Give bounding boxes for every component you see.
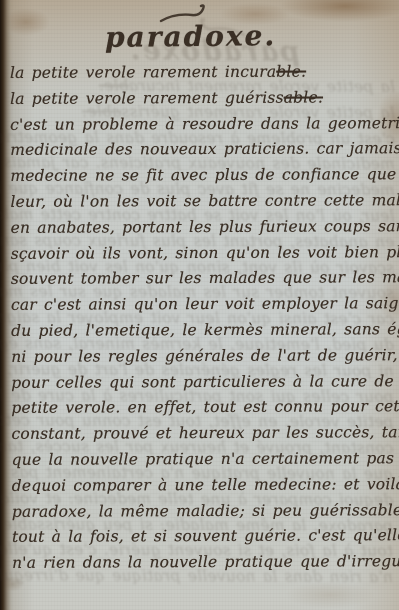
manuscript-line: pour celles qui sont particulieres à la … (11, 369, 394, 396)
manuscript-line: car c'est ainsi qu'on leur voit employer… (11, 291, 394, 318)
manuscript-line: souvent tomber sur les malades que sur l… (11, 266, 394, 293)
manuscript-line: paradoxe, la même maladie; si peu guéris… (12, 498, 395, 525)
title-row: paradoxe. (11, 20, 394, 58)
manuscript-line: sçavoir où ils vont, sinon qu'on les voi… (11, 240, 394, 267)
manuscript-line: que la nouvelle pratique n'a certainemen… (12, 446, 395, 473)
manuscript-line: la petite verole rarement incurable. (10, 59, 393, 86)
manuscript-line: n'a rien dans la nouvelle pratique que d… (12, 549, 395, 576)
manuscript-line: en anabates, portant les plus furieux co… (11, 214, 394, 241)
manuscript-line: tout à la fois, et si souvent guérie. c'… (12, 524, 395, 551)
page-title: paradoxe. (105, 19, 276, 54)
manuscript-line: c'est un probleme à resoudre dans la geo… (10, 111, 393, 138)
manuscript-line: medecine ne se fit avec plus de confianc… (10, 162, 393, 189)
handwritten-content: paradoxe. la petite verole rarement incu… (11, 20, 394, 576)
struck-text: ble. (276, 63, 306, 81)
manuscript-line: leur, où l'on les voit se battre contre … (10, 188, 393, 215)
struck-text: able. (284, 88, 323, 106)
manuscript-lines: la petite verole rarement incurable. la … (10, 59, 395, 577)
manuscript-line: constant, prouvé et heureux par les succ… (11, 420, 394, 447)
manuscript-line: medicinale des nouveaux praticiens. car … (10, 137, 393, 164)
manuscript-line: petite verole. en effet, tout est connu … (11, 395, 394, 422)
manuscript-line: dequoi comparer à une telle medecine: et… (12, 472, 395, 499)
manuscript-line: ni pour les regles générales de l'art de… (11, 343, 394, 370)
manuscript-line: du pied, l'emetique, le kermès mineral, … (11, 317, 394, 344)
manuscript-photo: paradoxe. la petite verole rarement incu… (0, 0, 399, 610)
manuscript-line: la petite verole rarement guérissable. (10, 85, 393, 112)
